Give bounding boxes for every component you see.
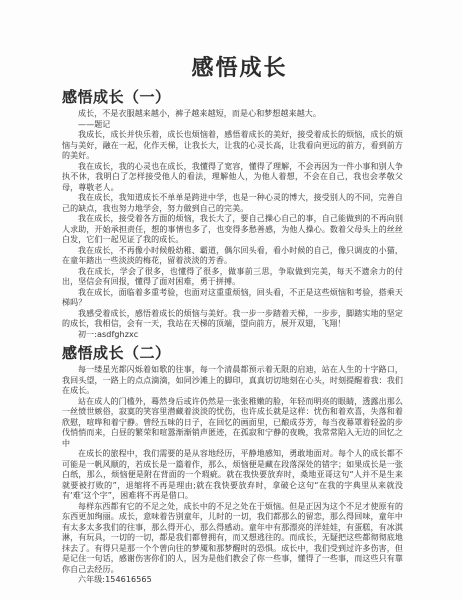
paragraph: 我在成长，我的心灵也在成长，我懂得了宽容，懂得了理解，不会再因为一件小事和别人争… <box>62 162 403 194</box>
paragraph: 我在成长，面临着多重考验，也面对这重重烦恼，回头看，不正是这些烦恼和考验，搭乘天… <box>62 288 403 309</box>
section-two: 感悟成长（二） 每一缕星光都闪烁着如歌的往事，每一个清晨都预示着无限的启迪，站在… <box>62 344 403 586</box>
document-title: 感悟成长 <box>69 56 410 82</box>
paragraph: 成长，不是衣服越来越小，裤子越来越短，而是心和梦想越来越大。 <box>62 109 403 120</box>
section-one: 感悟成长（一） 成长，不是衣服越来越小，裤子越来越短，而是心和梦想越来越大。 —… <box>62 88 403 340</box>
paragraph: 每样东西都有它的不足之处，成长中的不足之处在于烦恼。但是正因为这个不足才使原有的… <box>62 502 403 576</box>
document-page: 感悟成长 感悟成长（一） 成长，不是衣服越来越小，裤子越来越短，而是心和梦想越来… <box>0 0 463 600</box>
paragraph: 我在成长，学会了很多，也懂得了很多，做事前三思，争取做到完美，每天不遗余力的付出… <box>62 267 403 288</box>
author-byline: 六年级:154616565 <box>62 575 403 586</box>
author-byline: 初一:asdfghzxc <box>62 330 403 341</box>
paragraph-epigraph: ——题记 <box>62 120 403 131</box>
paragraph: 我在成长，不再像小时候般幼稚、霸道，偶尔回头看，看小时候的自己，像只调皮的小猫，… <box>62 246 403 267</box>
paragraph: 我在成长，接受着各方面的烦恼，我长大了，要自己操心自己的事，自己能做到的不再向别… <box>62 214 403 246</box>
paragraph: 我感受着成长，感悟着成长的烦恼与美好。我一步一步踏着天梯，一步步，脚踏实地的坚定… <box>62 309 403 330</box>
paragraph: 每一缕星光都闪烁着如歌的往事，每一个清晨都预示着无限的启迪，站在人生的十字路口，… <box>62 365 403 397</box>
paragraph: 站在成人的门槛外，蓦然身后或许仍然是一张张稚嫩的脸，年轻而明亮的眼睛，透露出那么… <box>62 397 403 450</box>
paragraph: 在成长的旅程中，我们需要的是从容地经历，平静地感知，勇敢地面对。每个人的成长都不… <box>62 449 403 502</box>
section-two-heading: 感悟成长（二） <box>62 344 403 362</box>
paragraph: 我成长，成长并快乐着，成长也烦恼着，感悟着成长的美好，接受着成长的烦恼，成长的烦… <box>62 130 403 162</box>
paragraph: 我在成长，我知道成长不单单是跨进中学，也是一种心灵的博大，接受别人的不同，完善自… <box>62 193 403 214</box>
section-one-heading: 感悟成长（一） <box>62 88 403 106</box>
